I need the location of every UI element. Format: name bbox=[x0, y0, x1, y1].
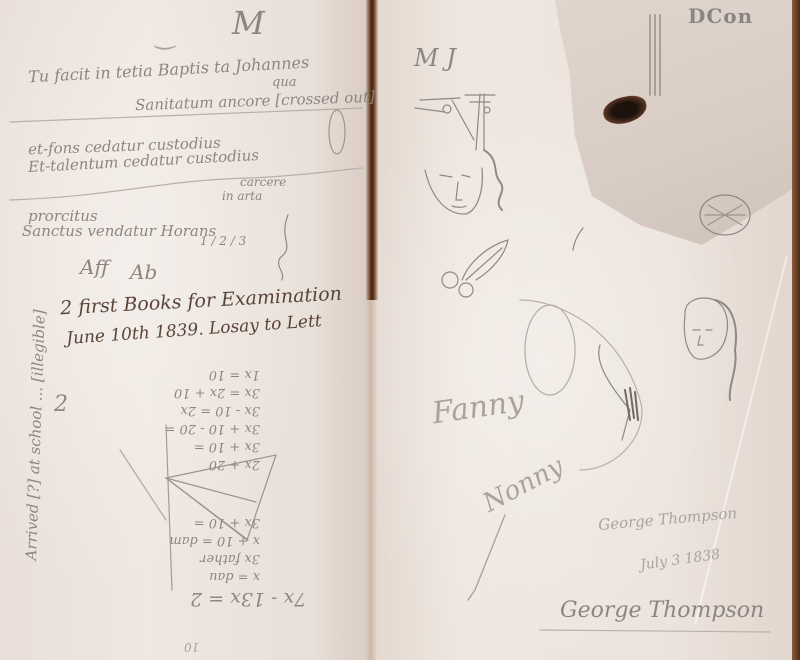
math-line: 3x = 2x + 10 bbox=[80, 383, 260, 401]
math-line: 3x father bbox=[80, 549, 260, 567]
gutter-lower bbox=[366, 300, 378, 660]
math-line: 3x + 10 - 20 = bbox=[80, 419, 260, 437]
cover-edge bbox=[792, 0, 800, 660]
page-number-bottom: 10 bbox=[184, 640, 199, 654]
monogram-right: M J bbox=[414, 44, 456, 72]
math-line: 3x - 10 = 2x bbox=[80, 401, 260, 419]
math-line: 3x + 10 = bbox=[80, 513, 260, 531]
note-insert-arta: in arta bbox=[222, 189, 262, 203]
latin-line-1-insert: qua bbox=[272, 75, 296, 90]
math-line: 2x + 20 bbox=[80, 455, 260, 473]
monogram-left: M bbox=[232, 4, 265, 42]
fraction: 1 / 2 / 3 bbox=[200, 232, 246, 250]
monogram-tilde: ‿ bbox=[156, 22, 175, 50]
signature: George Thompson bbox=[560, 598, 764, 623]
fraction-text: 1 / 2 / 3 bbox=[200, 232, 246, 250]
note-insert-carcere: carcere bbox=[240, 175, 286, 189]
upside-down-bottom: 7x - 13x = 2 bbox=[190, 588, 306, 610]
scribble-aff: Aff bbox=[80, 255, 109, 279]
side-number: 2 bbox=[54, 392, 68, 417]
math-line: 1x = 10 bbox=[80, 365, 260, 383]
math-line: x + 10 = dam bbox=[80, 531, 260, 549]
scribble-ab: Ab bbox=[130, 260, 157, 284]
upside-down-math: x = dau 3x father x + 10 = dam 3x + 10 =… bbox=[80, 365, 260, 585]
latin-line-6: Sanctus vendatur Horans bbox=[22, 222, 216, 240]
stamp-text: DCon bbox=[688, 4, 753, 28]
math-line: 3x + 10 = bbox=[80, 437, 260, 455]
math-line: x = dau bbox=[80, 567, 260, 585]
